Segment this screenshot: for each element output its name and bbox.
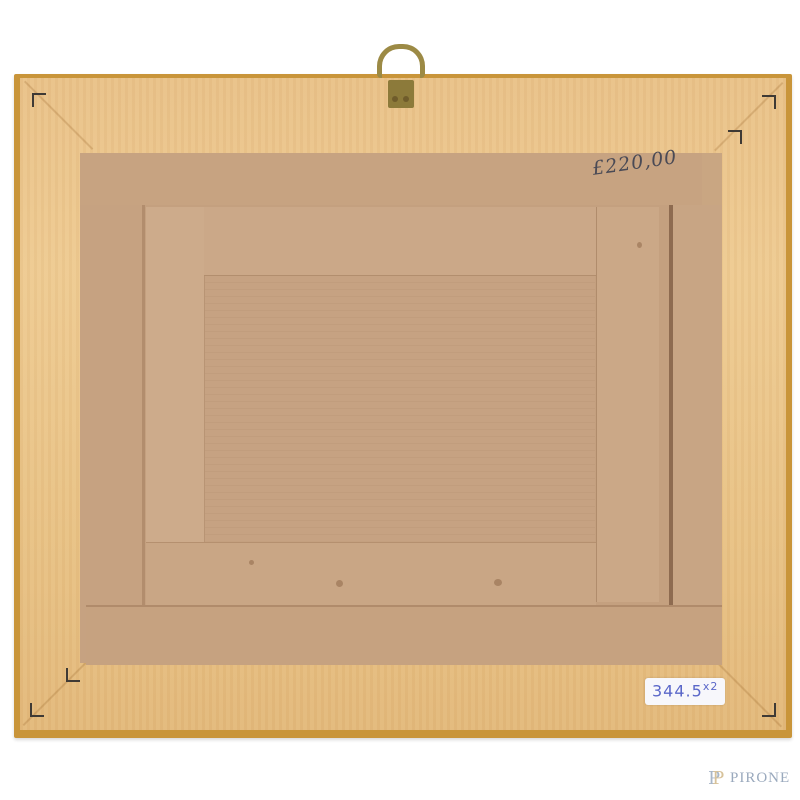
stain xyxy=(494,579,502,586)
staple-icon xyxy=(32,93,46,107)
staple-icon xyxy=(762,703,776,717)
rivet-icon xyxy=(403,96,409,102)
stain xyxy=(637,242,642,248)
staple-icon xyxy=(66,668,80,682)
backing-center-panel xyxy=(205,276,595,541)
watermark-brand: PIRONE xyxy=(730,770,790,787)
hanger-ring-icon xyxy=(377,44,425,78)
cardboard-right-strip xyxy=(666,205,722,655)
paper-tape-top xyxy=(204,207,596,276)
paper-tape-right xyxy=(596,207,659,602)
inventory-number: 344.5 xyxy=(652,681,703,700)
stain xyxy=(249,560,254,565)
cardboard-left-strip xyxy=(80,205,142,663)
staple-icon xyxy=(30,703,44,717)
hanger-plate xyxy=(388,80,414,108)
paper-tape-left xyxy=(146,207,205,542)
paper-tape-bottom xyxy=(146,542,596,605)
inventory-suffix: x2 xyxy=(703,680,719,693)
inventory-label-text: 344.5x2 xyxy=(652,680,718,700)
staple-icon xyxy=(762,95,776,109)
pirone-logo-icon: PP xyxy=(708,768,724,789)
cardboard-bottom-strip xyxy=(86,605,722,665)
stain xyxy=(336,580,343,587)
rivet-icon xyxy=(392,96,398,102)
staple-icon xyxy=(728,130,742,144)
